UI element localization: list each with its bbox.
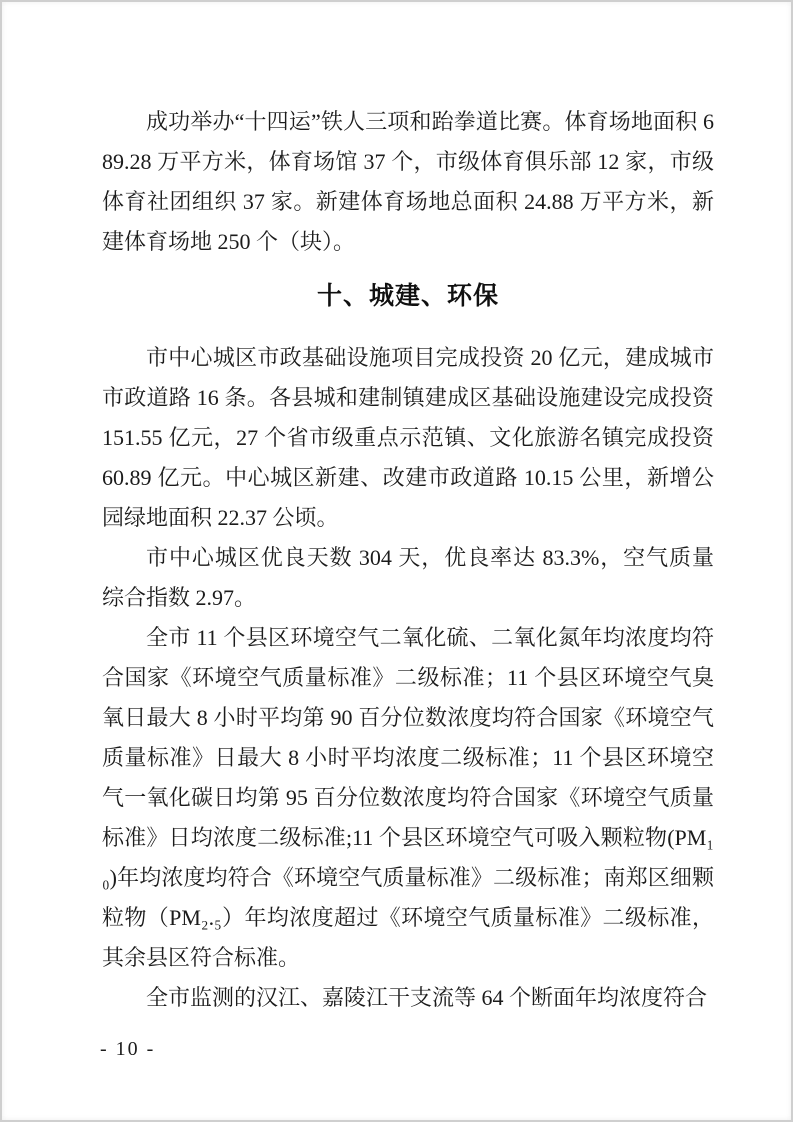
paragraph-air-quality-standards: 全市 11 个县区环境空气二氧化硫、二氧化氮年均浓度均符合国家《环境空气质量标准…	[102, 618, 714, 978]
paragraph-municipal-infrastructure: 市中心城区市政基础设施项目完成投资 20 亿元，建成城市市政道路 16 条。各县…	[102, 338, 714, 538]
page-number: - 10 -	[100, 1036, 155, 1062]
paragraph-air-quality-days: 市中心城区优良天数 304 天，优良率达 83.3%，空气质量综合指数 2.97…	[102, 538, 714, 618]
paragraph-river-monitoring: 全市监测的汉江、嘉陵江干支流等 64 个断面年均浓度符合	[102, 978, 714, 1018]
document-page: 成功举办“十四运”铁人三项和跆拳道比赛。体育场地面积 689.28 万平方米，体…	[0, 0, 793, 1122]
page-content: 成功举办“十四运”铁人三项和跆拳道比赛。体育场地面积 689.28 万平方米，体…	[102, 102, 714, 1018]
paragraph-sports-facilities: 成功举办“十四运”铁人三项和跆拳道比赛。体育场地面积 689.28 万平方米，体…	[102, 102, 714, 262]
section-heading: 十、城建、环保	[102, 278, 714, 314]
